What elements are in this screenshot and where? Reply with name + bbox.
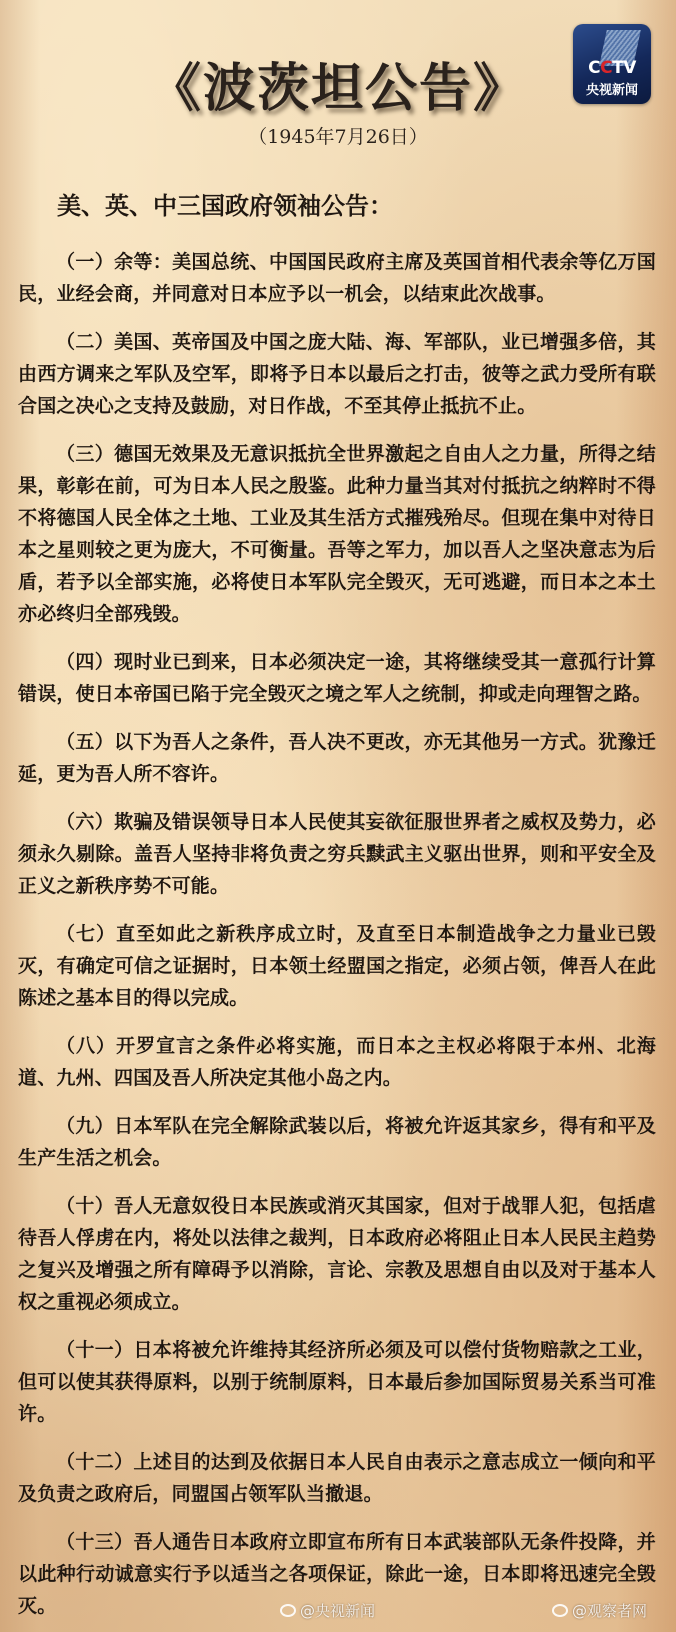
article-3: （三）德国无效果及无意识抵抗全世界激起之自由人之力量，所得之结果，彰彰在前，可为… xyxy=(18,438,656,630)
article-10: （十）吾人无意奴役日本民族或消灭其国家，但对于战罪人犯，包括虐待吾人俘虏在内，将… xyxy=(18,1190,656,1318)
article-4: （四）现时业已到来，日本必须决定一途，其将继续受其一意孤行计算错误，使日本帝国已… xyxy=(18,646,656,710)
article-5: （五）以下为吾人之条件，吾人决不更改，亦无其他另一方式。犹豫迁延，更为吾人所不容… xyxy=(18,726,656,790)
cctv-letters: TV xyxy=(612,58,636,78)
cctv-letter-red: C xyxy=(600,58,612,78)
watermark-text: @观察者网 xyxy=(572,1600,647,1621)
watermarks: @央视新闻 @观察者网 xyxy=(0,1600,676,1626)
article-1: （一）余等：美国总统、中国国民政府主席及英国首相代表余等亿万国民，业经会商，并同… xyxy=(18,246,656,310)
weibo-icon xyxy=(552,1604,568,1617)
article-9: （九）日本军队在完全解除武装以后，将被允许返其家乡，得有和平及生产生活之机会。 xyxy=(18,1110,656,1174)
watermark-guancha: @观察者网 xyxy=(552,1600,647,1621)
article-2: （二）美国、英帝国及中国之庞大陆、海、军部队，业已增强多倍，其由西方调来之军队及… xyxy=(18,326,656,422)
article-11: （十一）日本将被允许维持其经济所必须及可以偿付货物赔款之工业，但可以使其获得原料… xyxy=(18,1334,656,1430)
document-date: （1945年7月26日） xyxy=(0,122,676,149)
article-6: （六）欺骗及错误领导日本人民使其妄欲征服世界者之威权及势力，必须永久剔除。盖吾人… xyxy=(18,806,656,902)
cctv-letter: C xyxy=(588,58,600,78)
cctv-news-logo: CCTV 央视新闻 xyxy=(573,24,651,104)
weibo-icon xyxy=(280,1604,296,1617)
article-7: （七）直至如此之新秩序成立时，及直至日本制造战争之力量业已毁灭，有确定可信之证据… xyxy=(18,918,656,1014)
logo-label: 央视新闻 xyxy=(573,79,651,98)
article-8: （八）开罗宣言之条件必将实施，而日本之主权必将限于本州、北海道、九州、四国及吾人… xyxy=(18,1030,656,1094)
cctv-wordmark: CCTV xyxy=(573,58,651,78)
watermark-cctv-news: @央视新闻 xyxy=(280,1600,375,1621)
document-body: （一）余等：美国总统、中国国民政府主席及英国首相代表余等亿万国民，业经会商，并同… xyxy=(18,246,656,1632)
watermark-text: @央视新闻 xyxy=(300,1600,375,1621)
document-heading: 美、英、中三国政府领袖公告： xyxy=(57,186,393,221)
article-12: （十二）上述目的达到及依据日本人民自由表示之意志成立一倾向和平及负责之政府后，同… xyxy=(18,1446,656,1510)
